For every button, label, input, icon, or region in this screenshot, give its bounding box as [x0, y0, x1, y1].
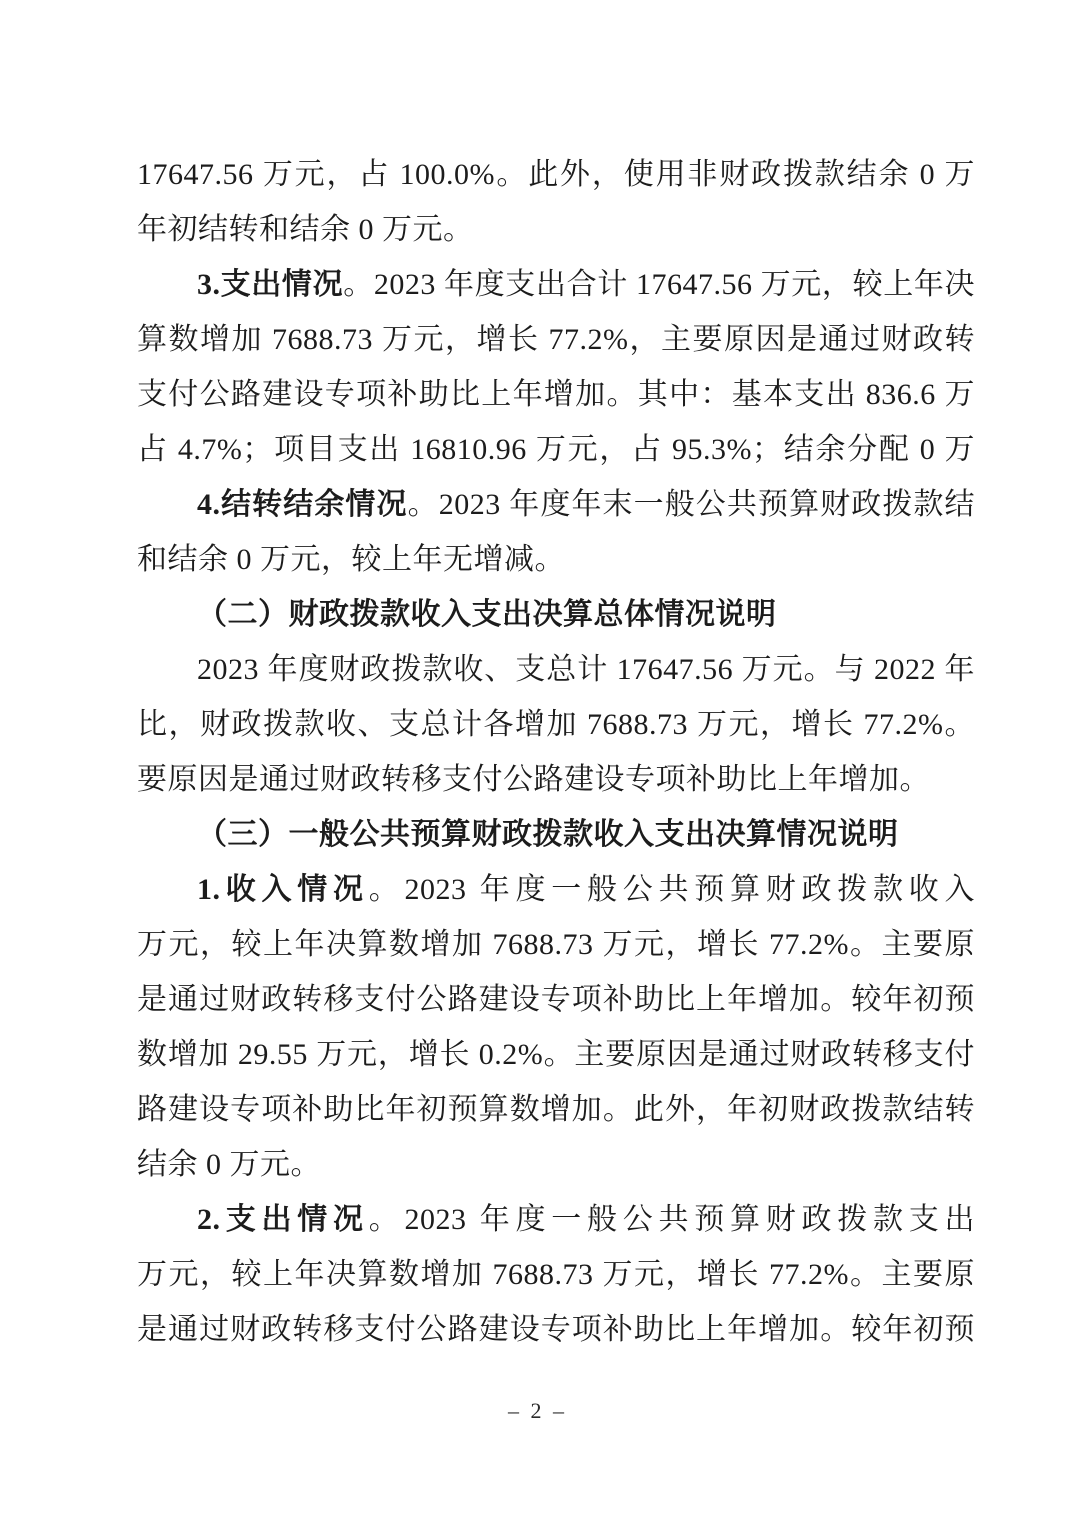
bold-text-run: 4.结转结余情况 [197, 488, 408, 521]
text-line: 2023 年度财政拨款收、支总计 17647.56 万元。与 2022 年相 [137, 642, 975, 697]
text-line: 17647.56 万元，占 100.0%。此外，使用非财政拨款结余 0 万元， [137, 147, 975, 202]
text-line: 支付公路建设专项补助比上年增加。其中：基本支出 836.6 万元， [137, 367, 975, 422]
bold-text-run: （二）财政拨款收入支出决算总体情况说明 [197, 598, 777, 631]
text-line: 比，财政拨款收、支总计各增加 7688.73 万元，增长 77.2%。主 [137, 697, 975, 752]
text-run: 算数增加 7688.73 万元，增长 77.2%，主要原因是通过财政转移 [137, 323, 975, 367]
text-line: 算数增加 7688.73 万元，增长 77.2%，主要原因是通过财政转移 [137, 312, 975, 367]
text-line: 要原因是通过财政转移支付公路建设专项补助比上年增加。 [137, 752, 975, 807]
text-line: 是通过财政转移支付公路建设专项补助比上年增加。较年初预算 [137, 972, 975, 1027]
text-run: 数增加 29.55 万元，增长 0.2%。主要原因是通过财政转移支付公 [137, 1038, 975, 1082]
text-line: 1.收入情况。2023 年度一般公共预算财政拨款收入 17647.56 [137, 862, 975, 917]
bold-text-run: （三）一般公共预算财政拨款收入支出决算情况说明 [197, 818, 899, 851]
document-page: 17647.56 万元，占 100.0%。此外，使用非财政拨款结余 0 万元，年… [0, 0, 1075, 1520]
text-line: 万元，较上年决算数增加 7688.73 万元，增长 77.2%。主要原因 [137, 917, 975, 972]
text-run: 是通过财政转移支付公路建设专项补助比上年增加。较年初预算 [137, 1313, 975, 1357]
document-body: 17647.56 万元，占 100.0%。此外，使用非财政拨款结余 0 万元，年… [137, 147, 975, 1357]
text-run: 万元，较上年决算数增加 7688.73 万元，增长 77.2%。主要原因 [137, 1258, 975, 1302]
text-line: （二）财政拨款收入支出决算总体情况说明 [137, 587, 975, 642]
text-line: 和结余 0 万元，较上年无增减。 [137, 532, 975, 587]
text-line: 是通过财政转移支付公路建设专项补助比上年增加。较年初预算 [137, 1302, 975, 1357]
text-run: 年初结转和结余 0 万元。 [137, 213, 474, 246]
text-run: 要原因是通过财政转移支付公路建设专项补助比上年增加。 [137, 763, 930, 796]
text-run: 万元，较上年决算数增加 7688.73 万元，增长 77.2%。主要原因 [137, 928, 975, 972]
text-run: 是通过财政转移支付公路建设专项补助比上年增加。较年初预算 [137, 983, 975, 1027]
text-run: 支付公路建设专项补助比上年增加。其中：基本支出 836.6 万元， [137, 378, 975, 422]
text-run: 比，财政拨款收、支总计各增加 7688.73 万元，增长 77.2%。主 [137, 708, 975, 752]
bold-text-run: 3.支出情况 [197, 268, 343, 301]
text-run: 结余 0 万元。 [137, 1148, 321, 1181]
text-run: 占 4.7%；项目支出 16810.96 万元，占 95.3%；结余分配 0 万… [137, 433, 975, 477]
text-run: 17647.56 万元，占 100.0%。此外，使用非财政拨款结余 0 万元， [137, 158, 975, 202]
text-line: 年初结转和结余 0 万元。 [137, 202, 975, 257]
text-run: 。2023 年度支出合计 17647.56 万元，较上年决 [343, 268, 975, 301]
text-line: 万元，较上年决算数增加 7688.73 万元，增长 77.2%。主要原因 [137, 1247, 975, 1302]
text-line: 结余 0 万元。 [137, 1137, 975, 1192]
text-line: 3.支出情况。2023 年度支出合计 17647.56 万元，较上年决 [137, 257, 975, 312]
text-line: 占 4.7%；项目支出 16810.96 万元，占 95.3%；结余分配 0 万… [137, 422, 975, 477]
text-run: 路建设专项补助比年初预算数增加。此外，年初财政拨款结转和 [137, 1093, 975, 1137]
text-line: 数增加 29.55 万元，增长 0.2%。主要原因是通过财政转移支付公 [137, 1027, 975, 1082]
text-run: 和结余 0 万元，较上年无增减。 [137, 543, 565, 576]
bold-text-run: 2.支出情况 [197, 1203, 369, 1236]
bold-text-run: 1.收入情况 [197, 873, 369, 906]
text-line: 4.结转结余情况。2023 年度年末一般公共预算财政拨款结转 [137, 477, 975, 532]
text-line: （三）一般公共预算财政拨款收入支出决算情况说明 [137, 807, 975, 862]
page-number: – 2 – [0, 1396, 1075, 1426]
text-line: 路建设专项补助比年初预算数增加。此外，年初财政拨款结转和 [137, 1082, 975, 1137]
text-run: 2023 年度财政拨款收、支总计 17647.56 万元。与 2022 年相 [137, 653, 975, 697]
text-line: 2.支出情况。2023 年度一般公共预算财政拨款支出 17647.56 [137, 1192, 975, 1247]
